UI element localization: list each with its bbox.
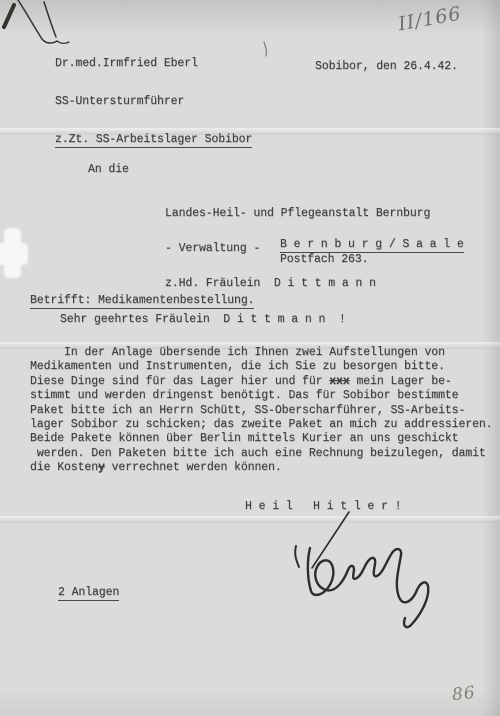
closing-salute: H e i l H i t l e r ! — [245, 500, 401, 513]
body-line: die Kosteny verrechnet werden können. — [30, 461, 492, 475]
body-text: verrechnet werden können. — [105, 461, 282, 474]
struck-text: y — [98, 461, 105, 474]
body-text: Paket bitte ich an Herrn Schütt, SS-Ober… — [30, 404, 465, 417]
body-line: Medikamenten und Instrumenten, die ich S… — [30, 360, 492, 374]
recipient-intro: An die — [88, 163, 129, 176]
body-line: werden. Den Paketen bitte ich auch eine … — [30, 447, 492, 461]
recipient-attention: z.Hd. Fräulein D i t t m a n n — [165, 278, 430, 290]
body-line: In der Anlage übersende ich Ihnen zwei A… — [30, 346, 492, 360]
subject-line: Betrifft: Medikamentenbestellung. — [30, 294, 254, 309]
body-text: Diese Dinge sind für das Lager hier und … — [30, 375, 329, 388]
dateline: Sobibor, den 26.4.42. — [315, 60, 458, 73]
body-line: Paket bitte ich an Herrn Schütt, SS-Ober… — [30, 404, 492, 418]
sender-rank: SS-Untersturmführer — [55, 96, 252, 109]
sender-location: z.Zt. SS-Arbeitslager Sobibor — [55, 134, 252, 149]
body-text: die Kosten — [30, 461, 98, 474]
greeting-line: Sehr geehrtes Fräulein D i t t m a n n ! — [60, 313, 346, 326]
recipient-city: B e r n b u r g / S a a l e — [280, 238, 464, 253]
paper-fold-line — [0, 516, 500, 523]
body-line: lager Sobibor zu schicken; das zweite Pa… — [30, 418, 492, 432]
letter-body: In der Anlage übersende ich Ihnen zwei A… — [30, 346, 492, 476]
body-line: Beide Pakete können über Berlin mittels … — [30, 432, 492, 446]
sender-block: Dr.med.Irmfried Eberl SS-Untersturmführe… — [55, 33, 252, 174]
archival-page-number: 86 — [451, 683, 477, 705]
handwritten-signature — [295, 512, 428, 627]
white-correction-patch — [4, 228, 21, 278]
body-text: In der Anlage übersende ich Ihnen zwei A… — [30, 346, 445, 359]
body-text: Beide Pakete können über Berlin mittels … — [30, 432, 458, 445]
body-text: mein Lager be- — [350, 375, 452, 388]
body-line: Diese Dinge sind für das Lager hier und … — [30, 375, 492, 389]
recipient-pobox: Postfach 263. — [280, 253, 368, 266]
stray-pen-tick — [264, 42, 266, 56]
body-text: lager Sobibor zu schicken; das zweite Pa… — [30, 418, 492, 431]
scanned-letter-page: Dr.med.Irmfried Eberl SS-Untersturmführe… — [0, 0, 500, 716]
struck-text: xxx — [329, 375, 349, 388]
body-text: Medikamenten und Instrumenten, die ich S… — [30, 360, 445, 373]
scan-shadow-bottom — [0, 690, 500, 716]
sender-name: Dr.med.Irmfried Eberl — [55, 58, 252, 71]
enclosures-note: 2 Anlagen — [58, 586, 119, 601]
body-text: stimmt und werden dringenst benötigt. Da… — [30, 389, 458, 402]
body-text: werden. Den Paketen bitte ich auch eine … — [30, 447, 486, 460]
recipient-institution: Landes-Heil- und Pflegeanstalt Bernburg — [165, 208, 430, 220]
body-line: stimmt und werden dringenst benötigt. Da… — [30, 389, 492, 403]
